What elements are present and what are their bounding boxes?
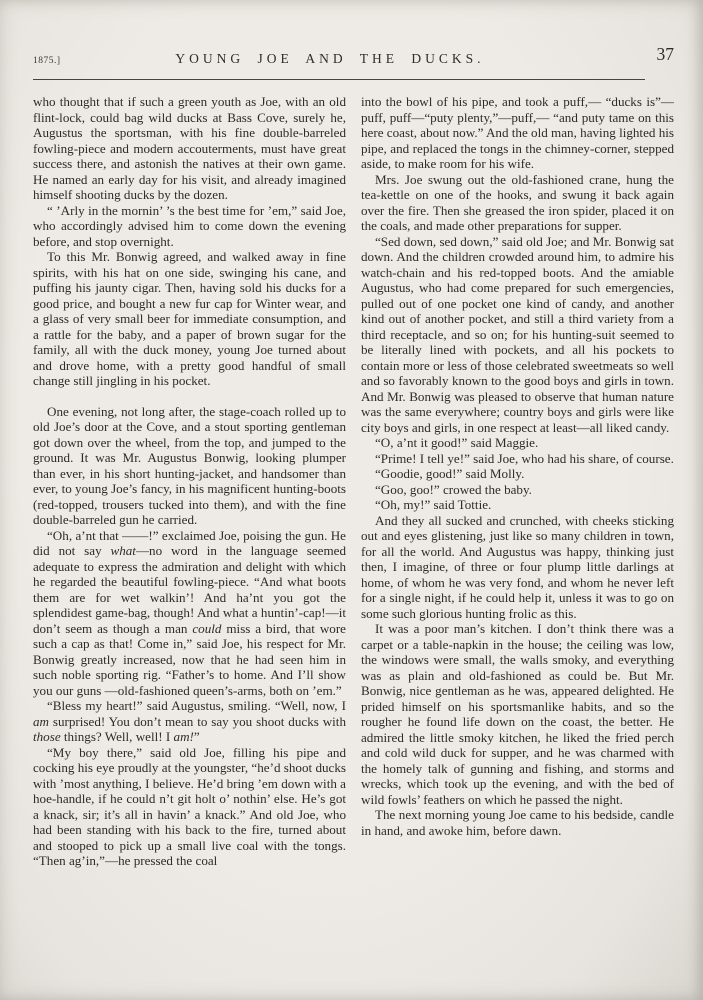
paragraph: And they all sucked and crunched, with c… <box>361 513 674 622</box>
paragraph: One evening, not long after, the stage-c… <box>33 404 346 528</box>
paragraph: “Bless my heart!” said Augustus, smiling… <box>33 698 346 745</box>
paragraph: The next morning young Joe came to his b… <box>361 807 674 838</box>
paragraph: into the bowl of his pipe, and took a pu… <box>361 94 674 172</box>
left-column: who thought that if such a green youth a… <box>33 94 346 869</box>
paragraph: “Goodie, good!” said Molly. <box>361 466 674 482</box>
page-number: 37 <box>657 44 675 65</box>
paragraph: who thought that if such a green youth a… <box>33 94 346 203</box>
book-page: 1875.] YOUNG JOE AND THE DUCKS. 37 who t… <box>0 0 703 1000</box>
paragraph: “Goo, goo!” crowed the baby. <box>361 482 674 498</box>
paragraph: “ ’Arly in the mornin’ ’s the best time … <box>33 203 346 250</box>
paragraph: “Prime! I tell ye!” said Joe, who had hi… <box>361 451 674 467</box>
paragraph: It was a poor man’s kitchen. I don’t thi… <box>361 621 674 807</box>
text-columns: who thought that if such a green youth a… <box>33 94 674 869</box>
paragraph: To this Mr. Bonwig agreed, and walked aw… <box>33 249 346 389</box>
right-column: into the bowl of his pipe, and took a pu… <box>361 94 674 869</box>
paragraph: “My boy there,” said old Joe, filling hi… <box>33 745 346 869</box>
paragraph: Mrs. Joe swung out the old-fashioned cra… <box>361 172 674 234</box>
paragraph: “O, a’nt it good!” said Maggie. <box>361 435 674 451</box>
paragraph: “Sed down, sed down,” said old Joe; and … <box>361 234 674 436</box>
page-title: YOUNG JOE AND THE DUCKS. <box>0 51 660 67</box>
paragraph: “Oh, my!” said Tottie. <box>361 497 674 513</box>
paragraph: “Oh, a’nt that ——!” exclaimed Joe, poisi… <box>33 528 346 699</box>
header-rule <box>33 79 645 80</box>
